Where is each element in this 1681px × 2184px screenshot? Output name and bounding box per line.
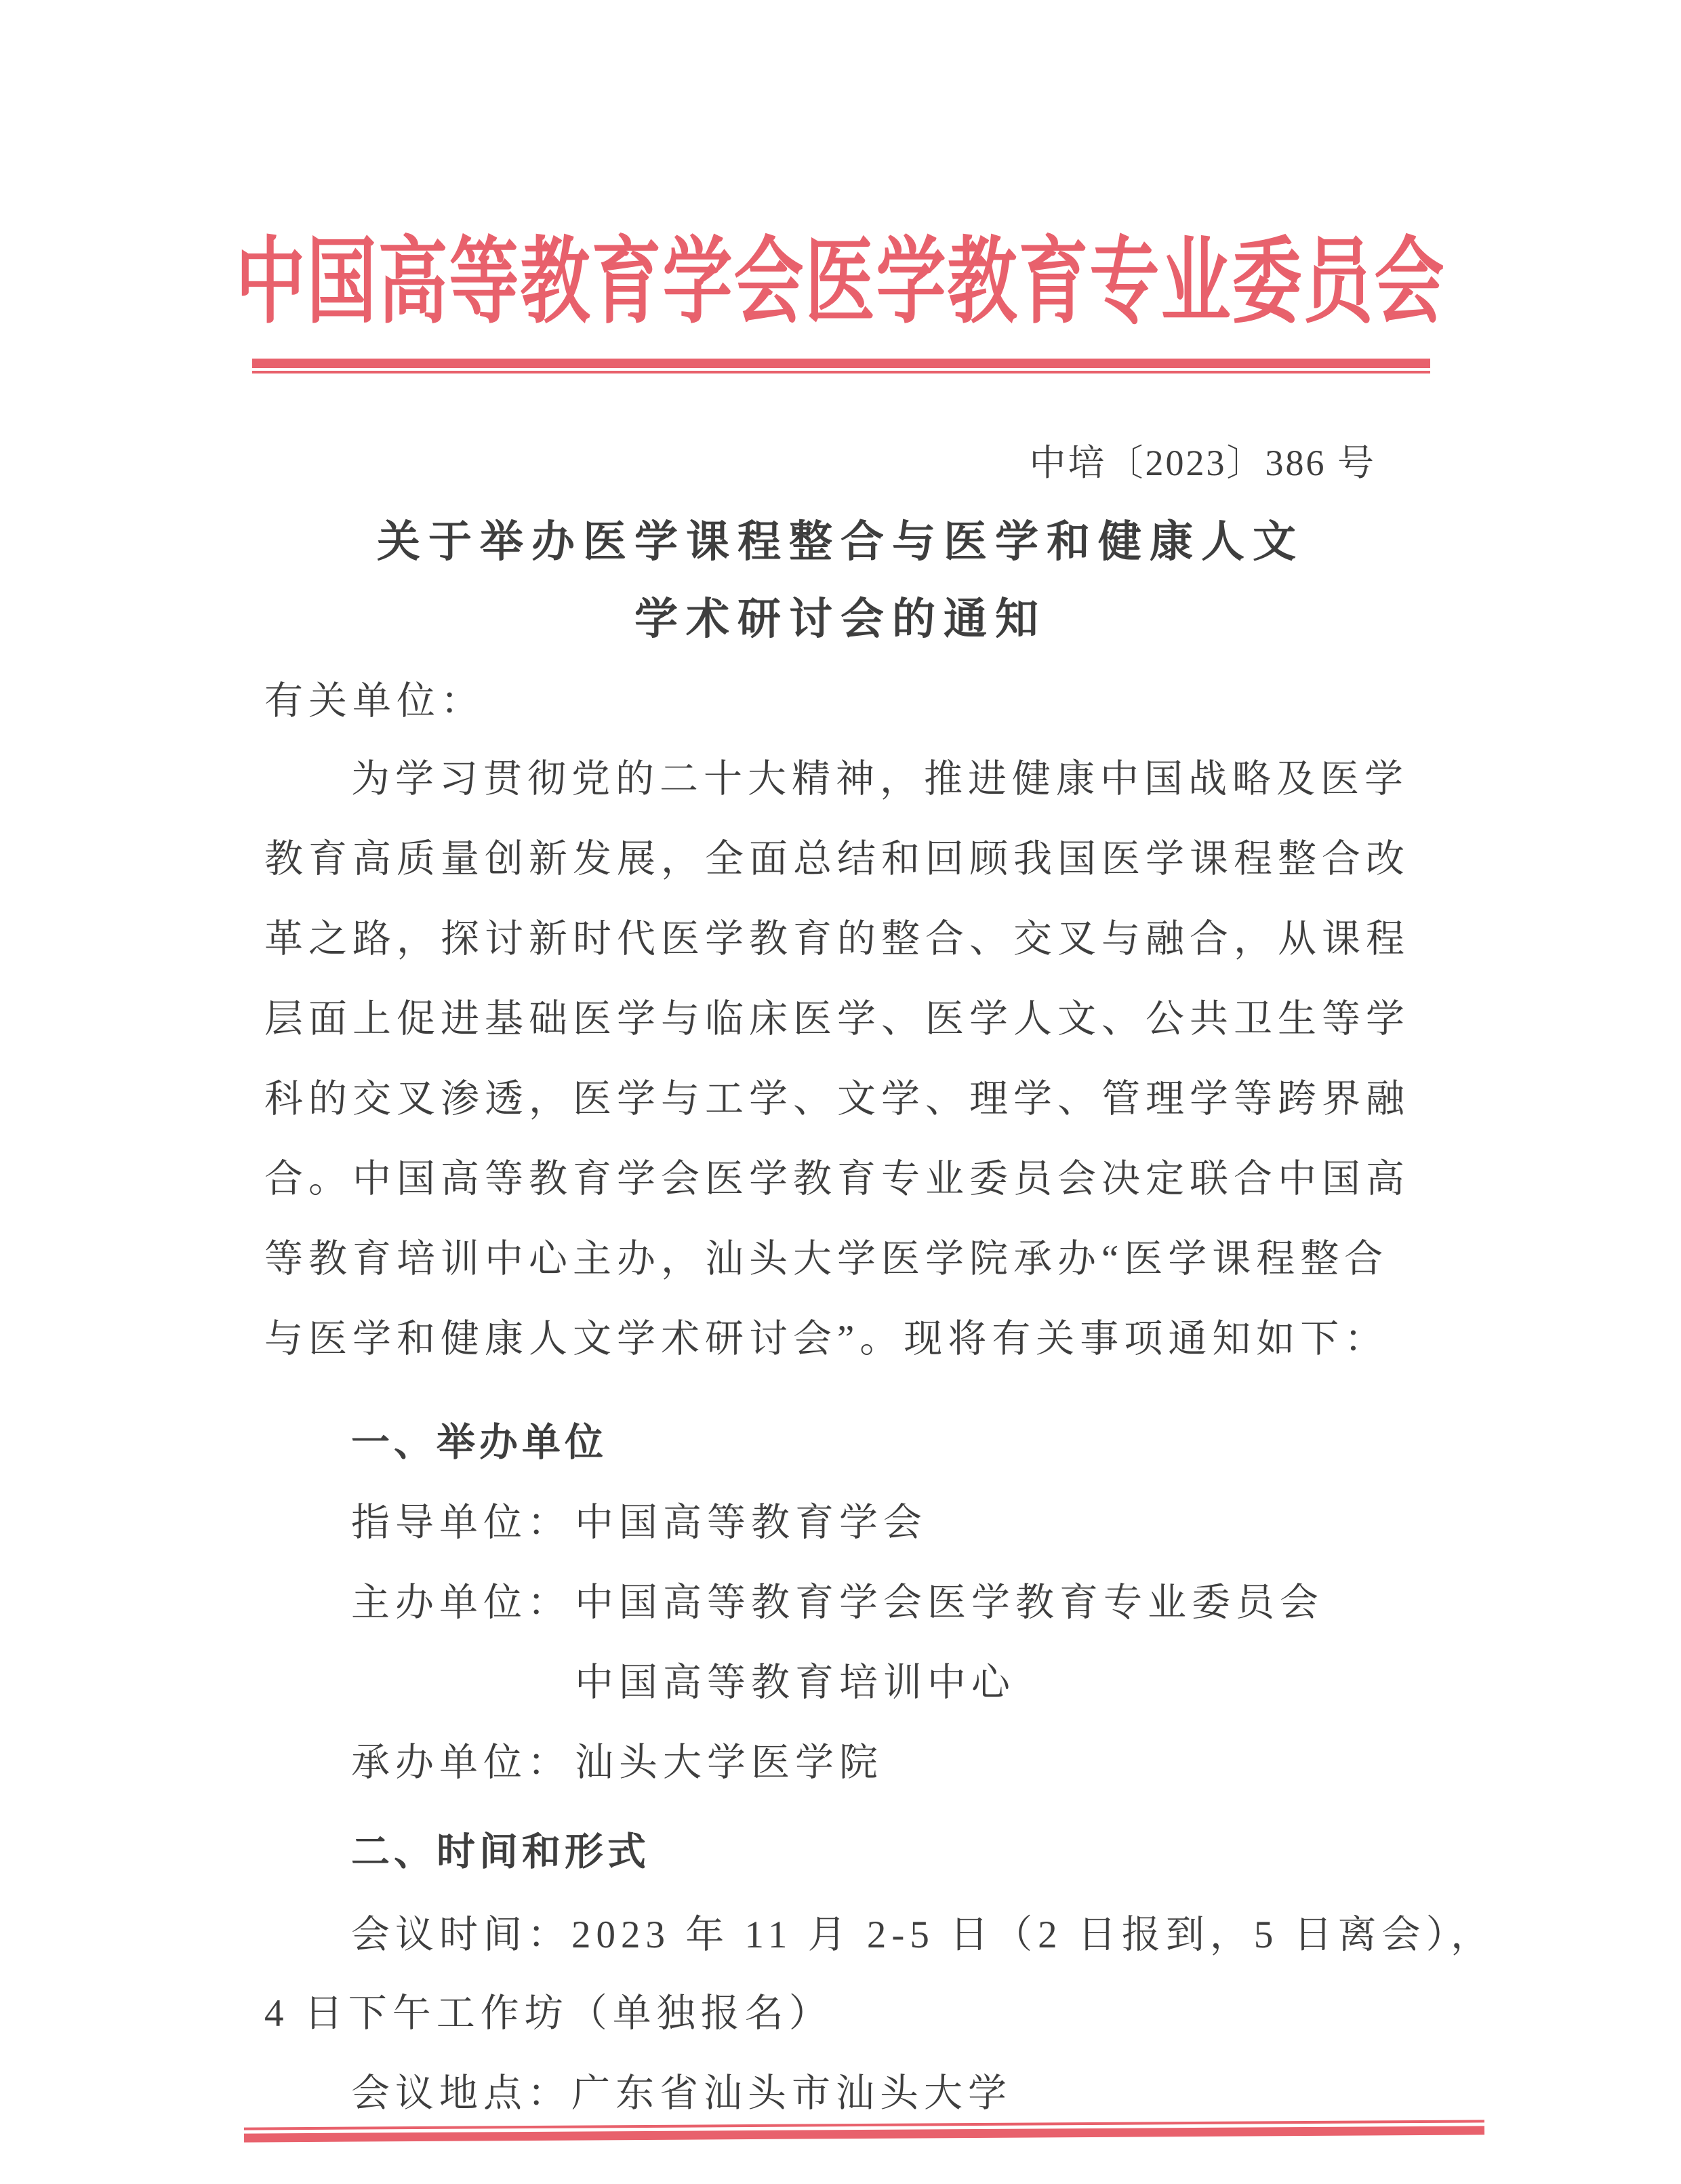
red-divider-top-thin-bar [252, 371, 1430, 373]
body-line: 科的交叉渗透，医学与工学、文学、理学、管理学等跨界融 [264, 1068, 1457, 1123]
body-line: 革之路，探讨新时代医学教育的整合、交叉与融合，从课程 [264, 908, 1457, 963]
body-line: 会议地点：广东省汕头市汕头大学 [264, 2062, 1544, 2118]
organizer-row: 指导单位：中国高等教育学会 [264, 1491, 1544, 1547]
organizer-row: 中国高等教育培训中心 [264, 1651, 1544, 1707]
organizer-row-label: 主办单位： [351, 1571, 575, 1627]
body-line: 与医学和健康人文学术研讨会”。现将有关事项通知如下： [264, 1308, 1457, 1363]
section-2-heading: 二、时间和形式 [264, 1821, 1544, 1876]
organizer-row: 主办单位：中国高等教育学会医学教育专业委员会 [264, 1571, 1544, 1627]
red-divider-bottom [244, 2120, 1484, 2142]
notice-document: 中国高等教育学会医学教育专业委员会 中培〔2023〕386 号 关于举办医学课程… [0, 0, 1681, 2184]
organizer-row-value: 中国高等教育学会医学教育专业委员会 [575, 1581, 1324, 1624]
organizer-row-value: 汕头大学医学院 [575, 1741, 883, 1784]
body-line: 4 日下午工作坊（单独报名） [264, 1982, 1457, 2038]
organizer-row-label: 承办单位： [351, 1731, 575, 1787]
organizer-row-value: 中国高等教育培训中心 [575, 1661, 1015, 1704]
body-line: 为学习贯彻党的二十大精神，推进健康中国战略及医学 [264, 748, 1544, 803]
organizer-row-value: 中国高等教育学会 [575, 1501, 927, 1544]
notice-title-line-1: 关于举办医学课程整合与医学和健康人文 [0, 507, 1681, 569]
letterhead-title: 中国高等教育学会医学教育专业委员会 [0, 206, 1681, 342]
salutation: 有关单位： [264, 670, 1457, 725]
section-1-heading: 一、举办单位 [264, 1411, 1544, 1467]
organizer-row-label: 指导单位： [351, 1491, 575, 1547]
organizer-row: 承办单位：汕头大学医学院 [264, 1731, 1544, 1787]
body-line: 会议时间：2023 年 11 月 2-5 日（2 日报到，5 日离会）， [264, 1903, 1544, 1959]
body-line: 合。中国高等教育学会医学教育专业委员会决定联合中国高 [264, 1148, 1457, 1203]
notice-title-line-2: 学术研讨会的通知 [0, 584, 1681, 647]
red-divider-top-thick-bar [252, 359, 1430, 368]
body-line: 教育高质量创新发展，全面总结和回顾我国医学课程整合改 [264, 828, 1457, 883]
red-divider-top [252, 359, 1430, 373]
body-line: 等教育培训中心主办，汕头大学医学院承办“医学课程整合 [264, 1228, 1457, 1283]
document-number: 中培〔2023〕386 号 [1030, 434, 1377, 486]
body-line: 层面上促进基础医学与临床医学、医学人文、公共卫生等学 [264, 988, 1457, 1043]
